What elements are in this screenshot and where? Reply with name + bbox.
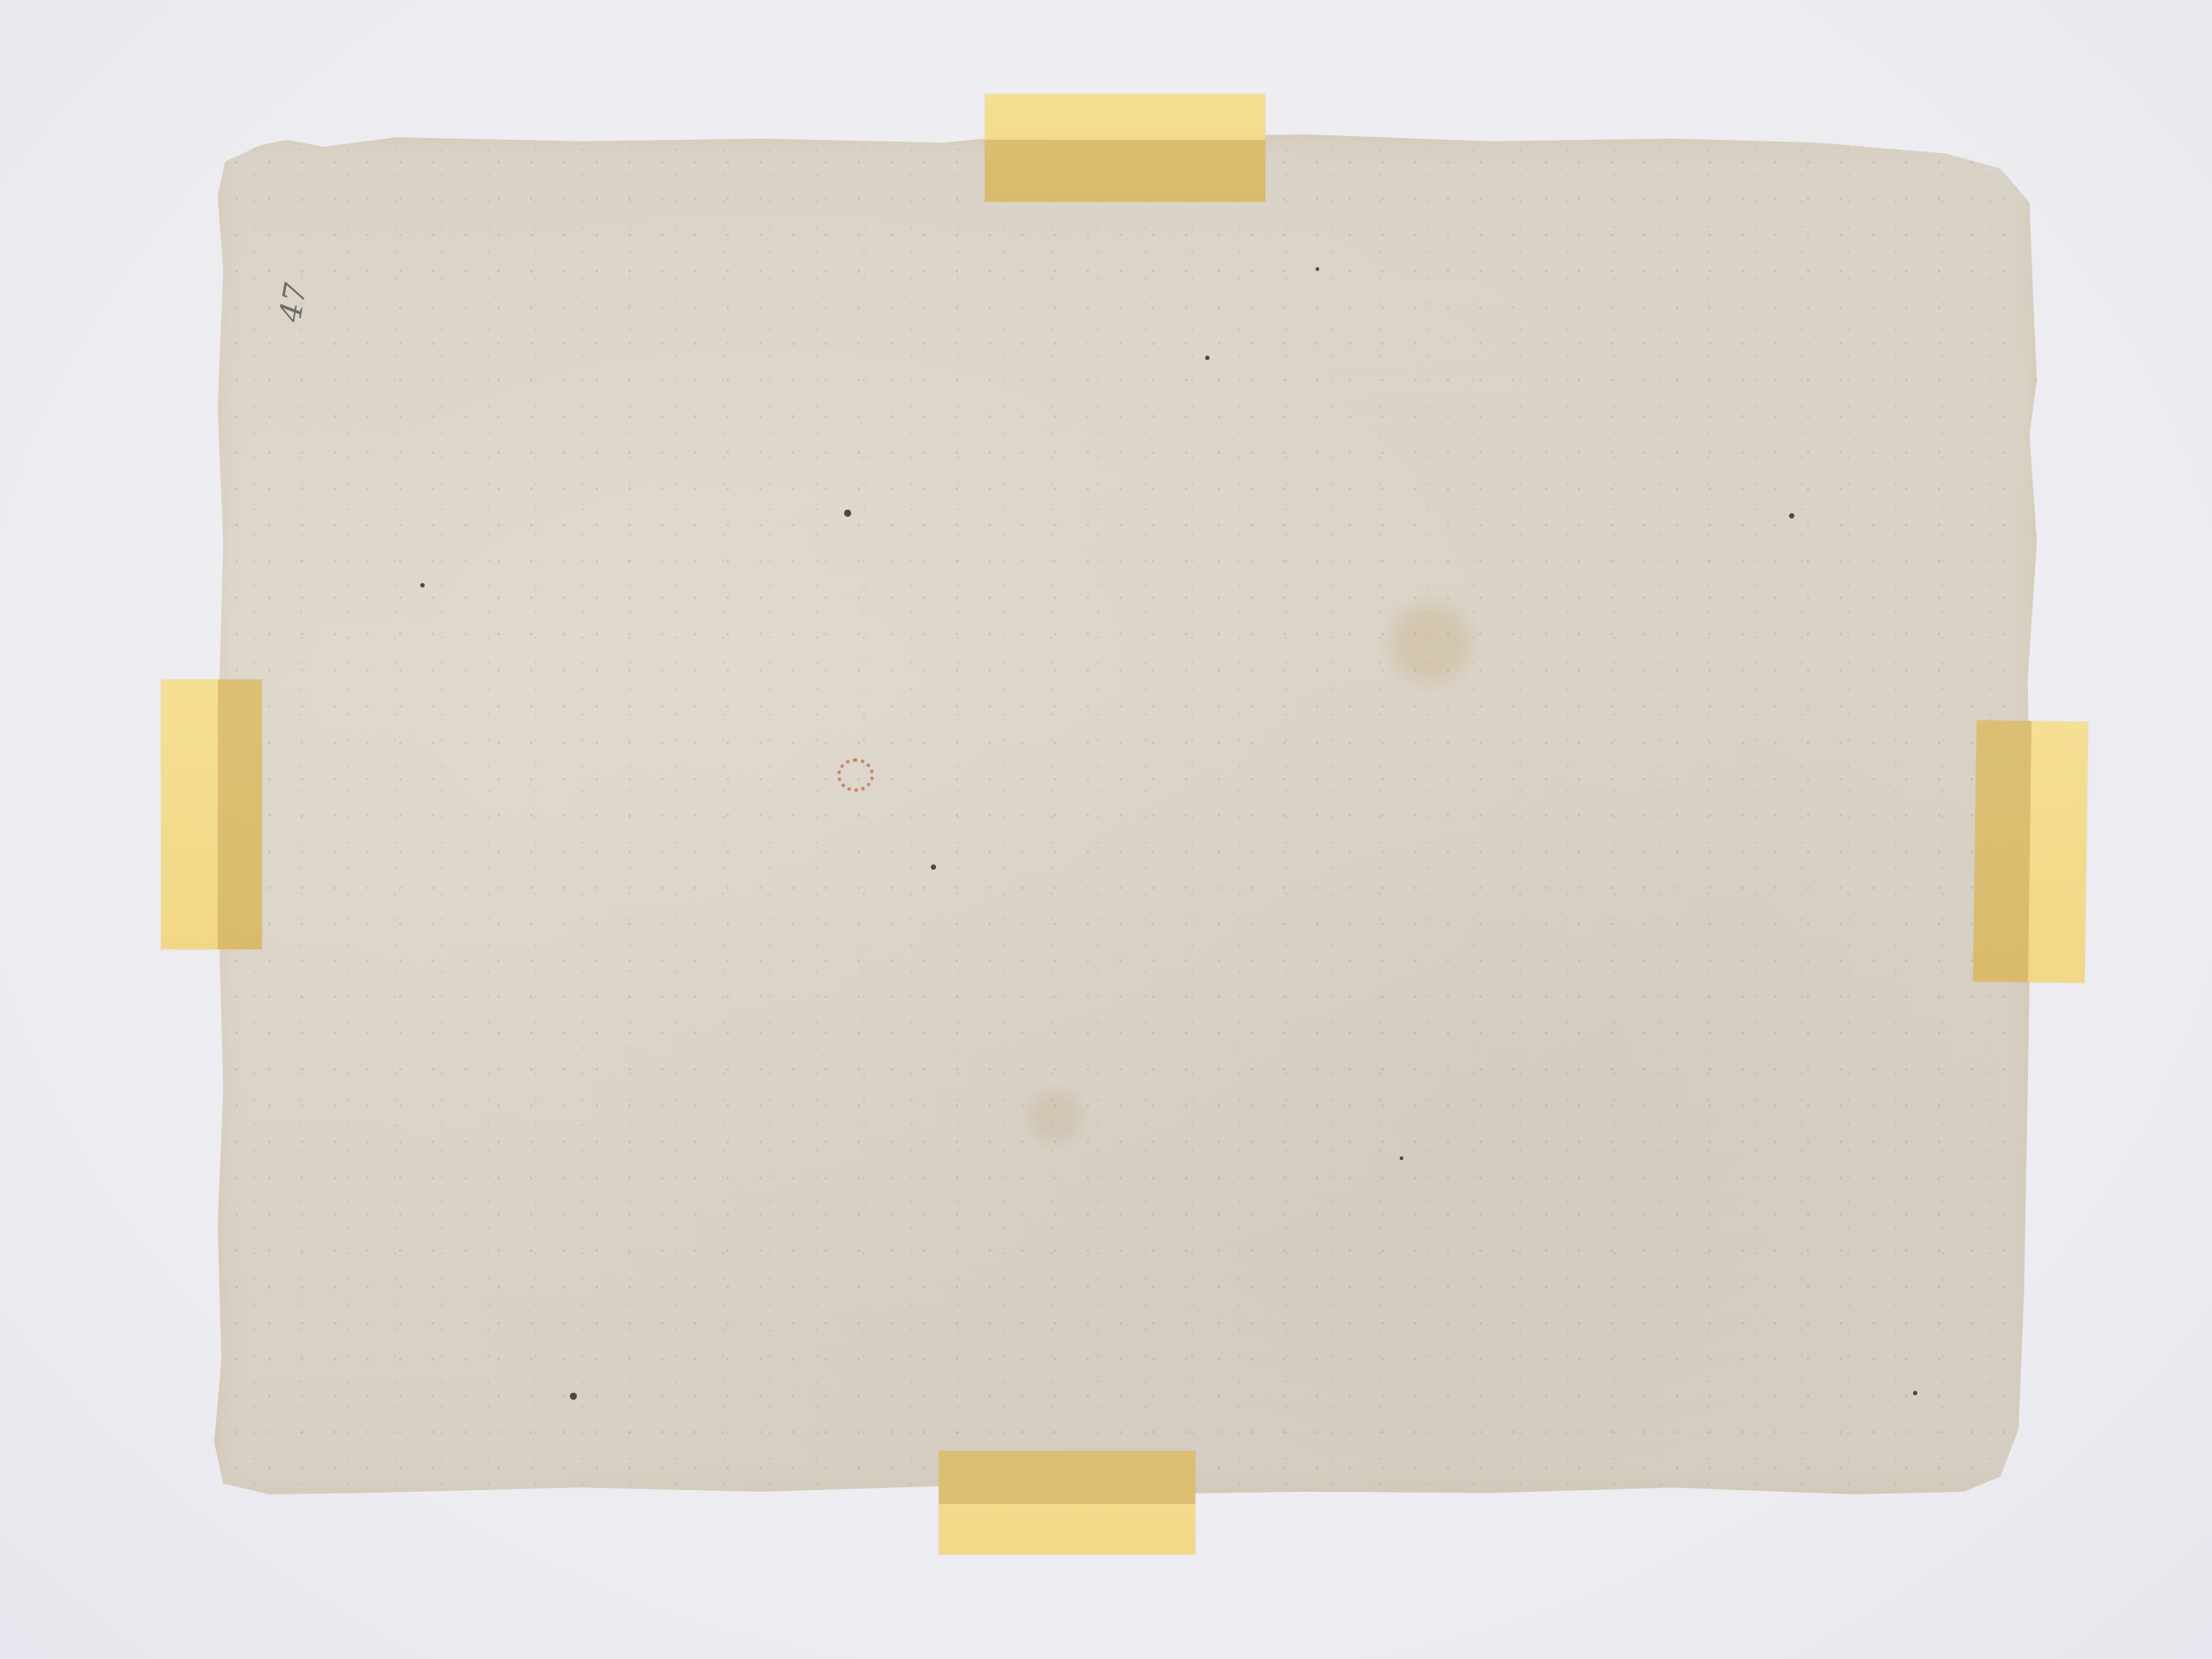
- foxing-speck: [1316, 267, 1319, 271]
- tape-overlap-region: [939, 1451, 1195, 1504]
- foxing-speck: [570, 1393, 577, 1400]
- tape-top: [985, 94, 1265, 202]
- foxing-speck: [420, 583, 425, 588]
- foxing-speck: [1913, 1391, 1917, 1395]
- foxing-speck: [931, 864, 936, 870]
- tape-overlap-region: [218, 680, 262, 949]
- red-ring-stain: [837, 758, 874, 792]
- foxing-speck: [1205, 356, 1210, 360]
- tape-left: [161, 680, 262, 949]
- pencil-inscription: 47: [273, 280, 314, 325]
- foxing-speck: [844, 510, 851, 517]
- foxing-speck: [1400, 1156, 1403, 1160]
- tape-bottom: [939, 1451, 1195, 1555]
- tape-overlap-region: [1973, 720, 2032, 982]
- foxing-speck: [1789, 513, 1794, 518]
- tape-overlap-region: [985, 140, 1265, 202]
- paper-edge-discoloration: [214, 134, 2037, 1497]
- paper-sheet: 47: [214, 134, 2037, 1497]
- tape-right: [1973, 720, 2088, 983]
